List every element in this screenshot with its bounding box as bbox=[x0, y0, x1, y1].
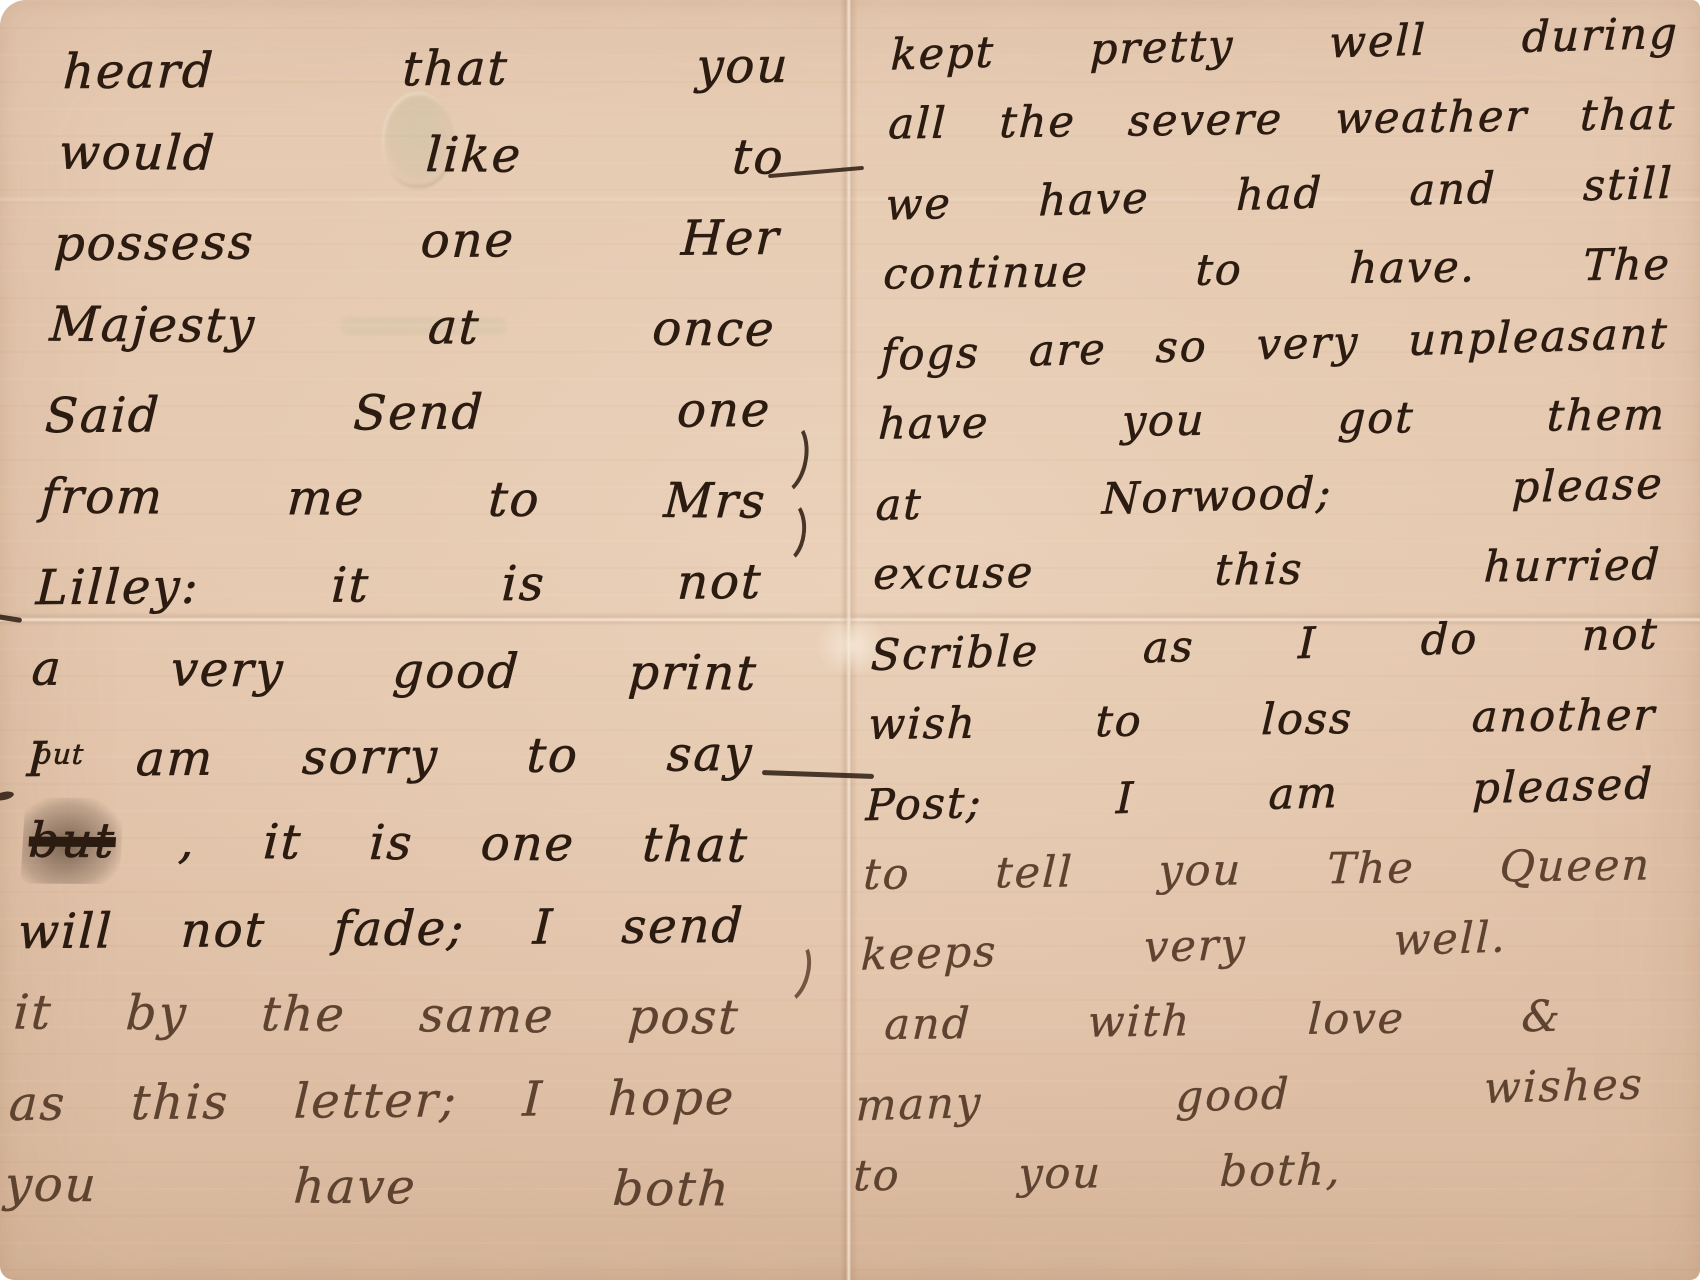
handwriting-line: as this letter; I hope bbox=[7, 1055, 737, 1147]
struck-out-word: but bbox=[20, 797, 124, 884]
handwriting-line: Majesty at once bbox=[47, 281, 778, 372]
stray-ink-mark bbox=[0, 614, 22, 623]
handwriting-line: to tell you The Queen bbox=[862, 828, 1653, 913]
inserted-word: but bbox=[33, 740, 85, 770]
letter-scan: heard that you would like to possess one… bbox=[0, 0, 1700, 1280]
handwriting-line: keeps very well. bbox=[860, 901, 1508, 994]
handwriting-line: you have both bbox=[2, 1141, 733, 1232]
handwriting-line: I am sorry to say bbox=[25, 711, 755, 803]
handwriting-line: to you both, bbox=[852, 1133, 1343, 1214]
handwriting-line: would like to bbox=[56, 109, 787, 200]
handwriting-line: possess one Her bbox=[52, 195, 782, 287]
handwriting-line: Said Send one bbox=[43, 367, 773, 459]
handwriting-line: Lilley: it is not bbox=[34, 539, 764, 631]
pen-flourish bbox=[765, 934, 818, 1007]
handwriting-line-correction: but but , it is one that bbox=[20, 797, 751, 888]
handwriting-line: from me to Mrs bbox=[38, 453, 769, 544]
right-page: kept pretty well during all the severe w… bbox=[852, 0, 1680, 1216]
correction: but but bbox=[20, 797, 145, 884]
pen-flourish bbox=[761, 496, 810, 566]
handwriting-text: , it is one that bbox=[140, 798, 751, 888]
handwriting-line: it by the same post bbox=[11, 969, 742, 1060]
handwriting-line: heard that you bbox=[61, 23, 791, 115]
left-page: heard that you would like to possess one… bbox=[2, 26, 791, 1230]
handwriting-line: and with love & bbox=[883, 980, 1563, 1063]
handwriting-line: will not fade; I send bbox=[16, 883, 746, 975]
handwriting-line: a very good print bbox=[29, 625, 760, 716]
stray-ink-mark bbox=[0, 790, 15, 802]
